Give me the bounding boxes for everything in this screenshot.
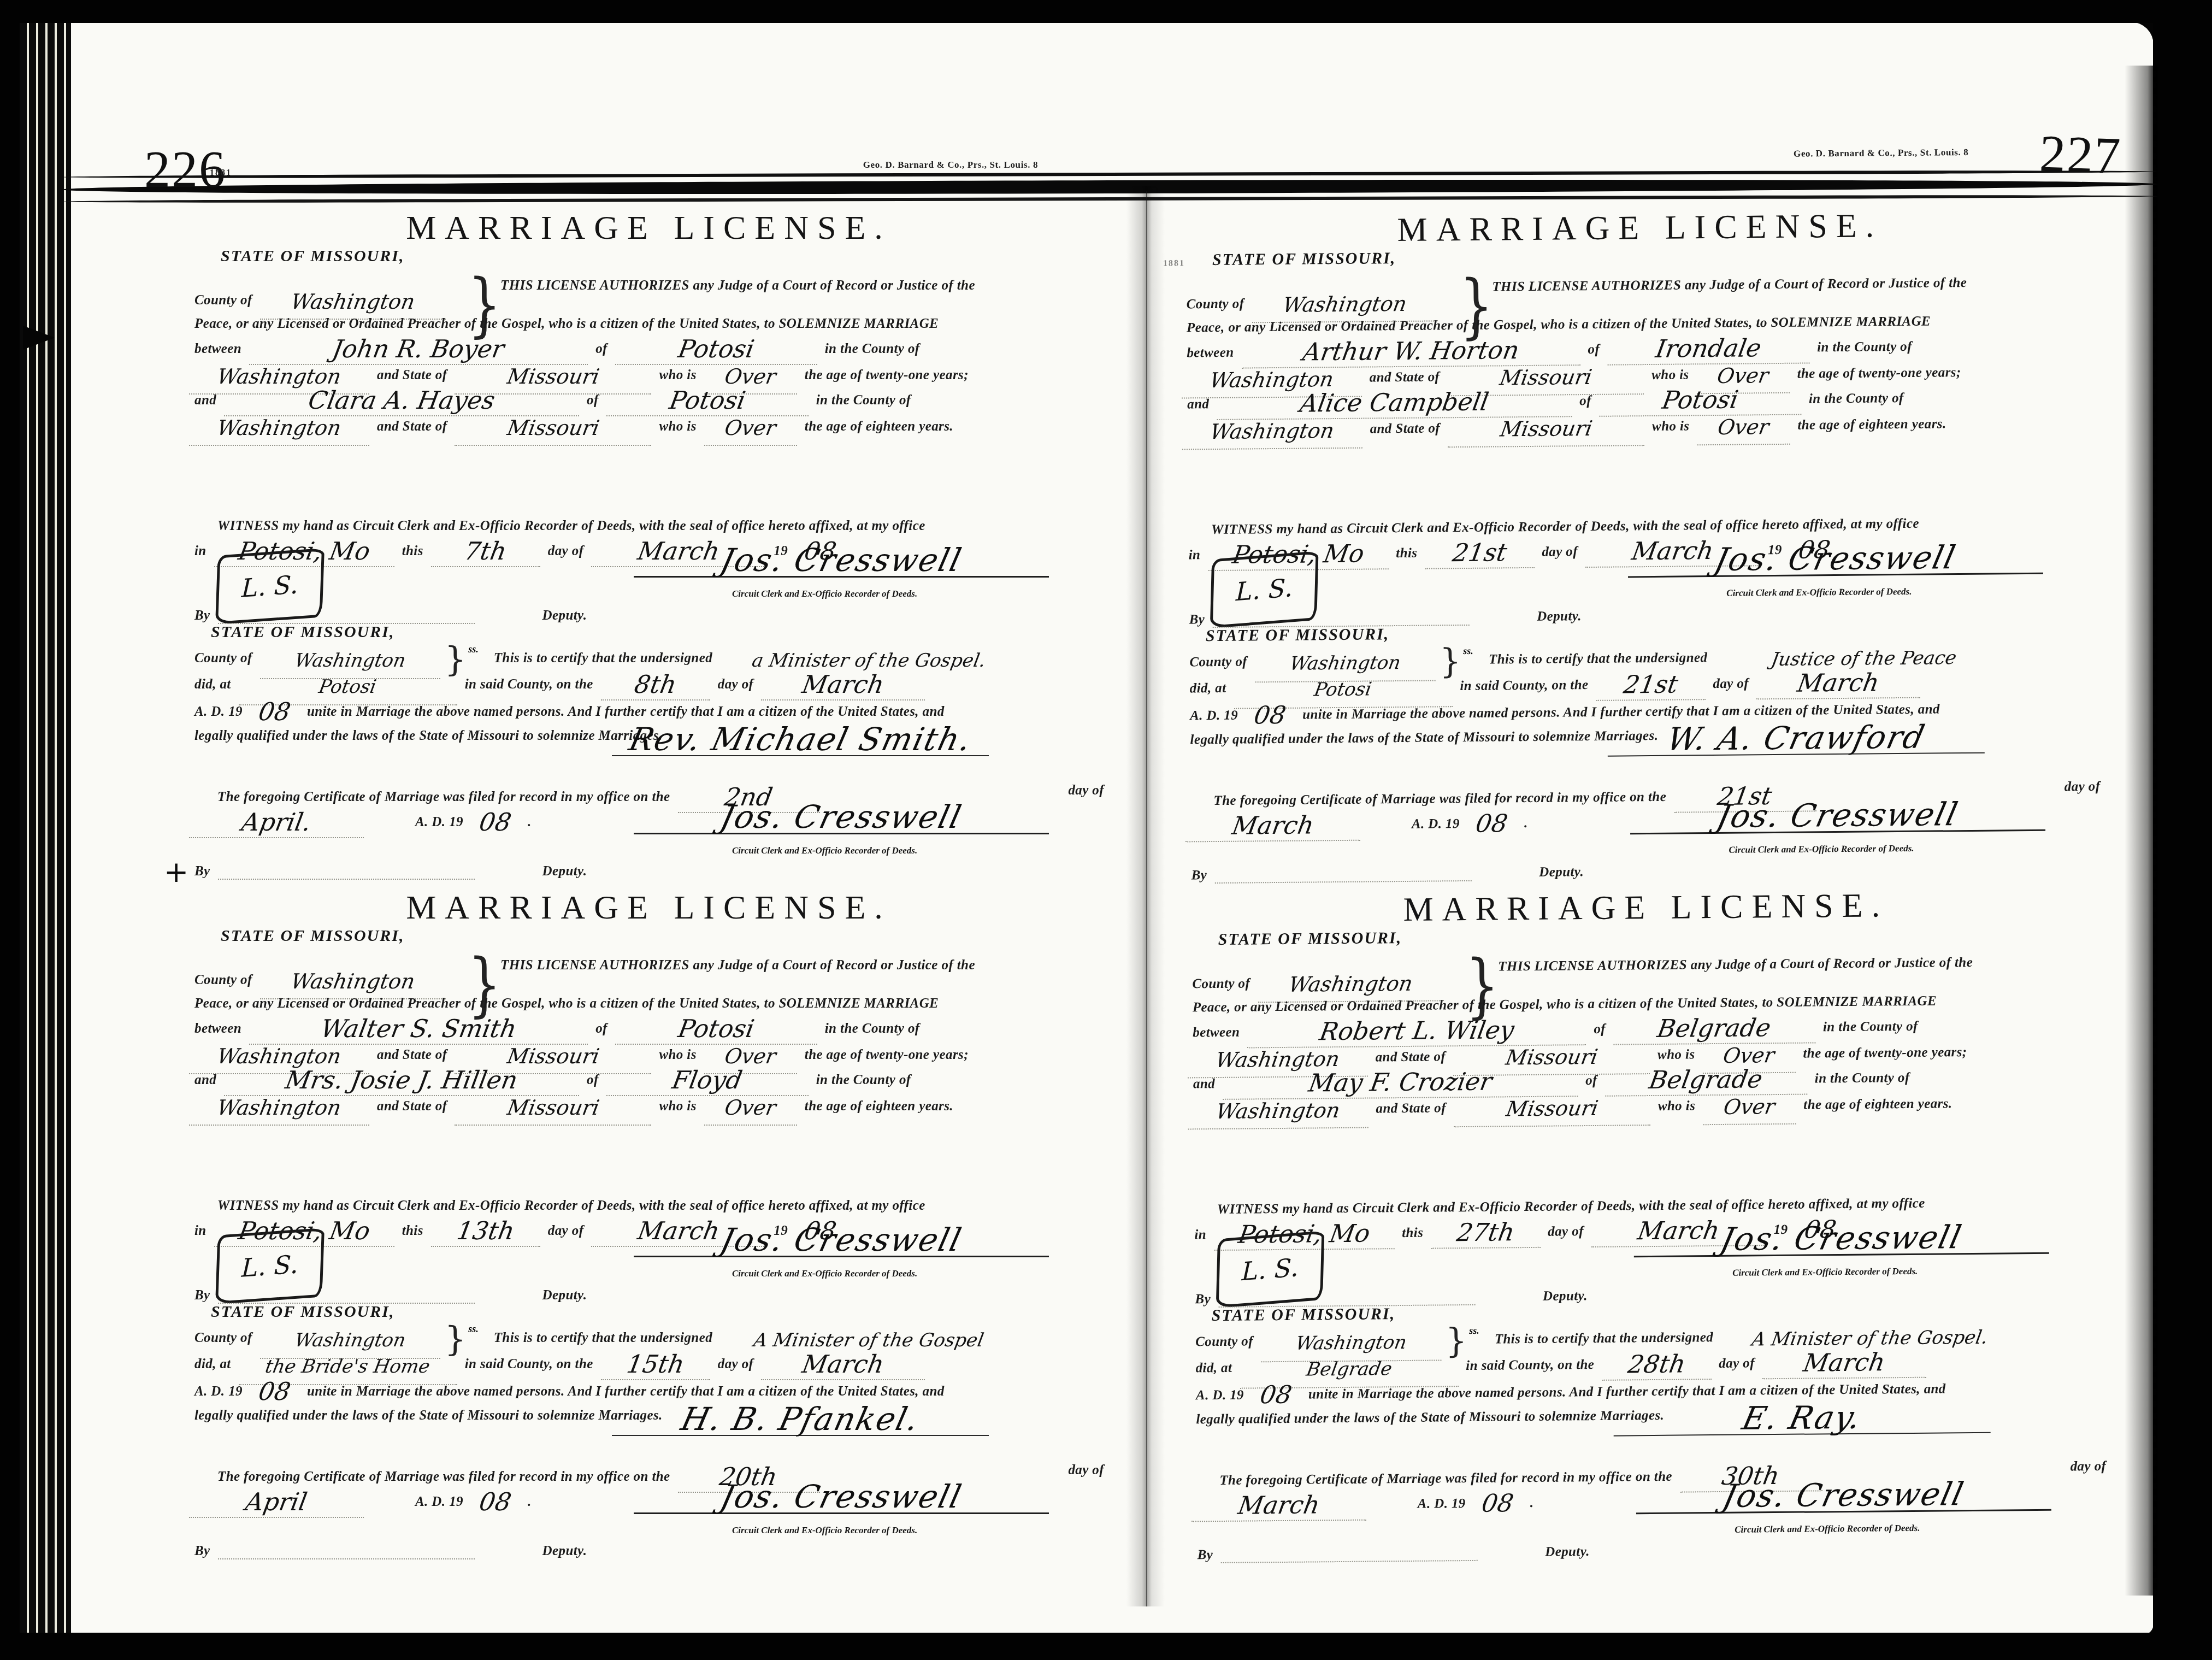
marriage-month-field: March: [761, 672, 925, 701]
witness-day-field: 13th: [431, 1218, 540, 1247]
this-label: this: [402, 544, 423, 558]
filed-clause: The foregoing Certificate of Marriage wa…: [1219, 1469, 1672, 1488]
state-heading: STATE OF MISSOURI,: [221, 927, 404, 945]
in-said-county-label: in said County, on the: [1460, 678, 1588, 693]
witness-clause: WITNESS my hand as Circuit Clerk and Ex-…: [217, 519, 925, 533]
day-of-label: day of: [548, 544, 584, 558]
who-is-label: who is: [659, 1099, 696, 1114]
authorizes-line-1: THIS LICENSE AUTHORIZES any Judge of a C…: [500, 279, 975, 292]
state-heading: STATE OF MISSOURI,: [221, 247, 404, 265]
period-mark: .: [528, 1494, 532, 1509]
certify-clause: This is to certify that the undersigned: [1495, 1330, 1714, 1346]
filed-clerk-signature: Jos. Cresswell: [1714, 798, 1961, 832]
state-heading: STATE OF MISSOURI,: [1218, 929, 1402, 949]
county-of-label: County of: [194, 973, 252, 987]
age-21-label: the age of twenty-one years;: [805, 1047, 969, 1062]
this-label: this: [1402, 1226, 1423, 1240]
ss-label: ss.: [468, 644, 479, 655]
of-label: of: [587, 1073, 599, 1087]
day-of-label: day of: [548, 1223, 584, 1238]
officiant-signature: E. Ray.: [1739, 1402, 1865, 1434]
bride-county-field: Washington: [189, 417, 369, 446]
day-of-label: day of: [718, 1357, 754, 1371]
clerk-signature-block: Jos. Cresswell: [1633, 1221, 2049, 1258]
between-label: between: [1187, 345, 1234, 361]
in-said-county-label: in said County, on the: [465, 1357, 593, 1371]
marriage-license-form-1: MARRIAGE LICENSE. STATE OF MISSOURI, Cou…: [180, 213, 1117, 891]
period-mark: .: [1524, 816, 1528, 831]
bride-county-field: Washington: [1188, 1100, 1368, 1130]
of-label: of: [1579, 393, 1591, 408]
in-county-label: in the County of: [1823, 1019, 1918, 1035]
officiant-signature: H. B. Pfankel.: [678, 1403, 922, 1435]
filed-clause: The foregoing Certificate of Marriage wa…: [217, 1469, 670, 1484]
marriage-day-field: 28th: [1602, 1351, 1711, 1381]
county-of-label: County of: [1189, 654, 1247, 669]
age-21-label: the age of twenty-one years;: [1797, 365, 1961, 381]
deputy-label: Deputy.: [542, 1544, 587, 1558]
bride-over-field: Over: [704, 417, 797, 446]
ad-19-label: A. D. 19: [1196, 1388, 1244, 1403]
this-label: this: [1396, 546, 1417, 561]
between-label: between: [194, 1021, 241, 1036]
center-gutter-line: [1146, 191, 1147, 1606]
authorizes-line-2: Peace, or any Licensed or Ordained Preac…: [1187, 314, 1931, 335]
and-state-label: and State of: [1376, 1100, 1446, 1116]
ad-19-label: A. D. 19: [415, 1494, 463, 1509]
bride-state-field: Missouri: [1448, 417, 1644, 448]
page-clip-mark: [23, 326, 55, 350]
marriage-license-form-3: MARRIAGE LICENSE. STATE OF MISSOURI, Cou…: [1171, 209, 2114, 895]
unite-clause: unite in Marriage the above named person…: [307, 1384, 945, 1399]
clerk-signature-block: Jos. Cresswell: [634, 544, 1049, 578]
officiant-signature-block: W. A. Crawford: [1607, 721, 1984, 757]
age-21-label: the age of twenty-one years;: [805, 368, 969, 382]
who-is-label: who is: [659, 1047, 696, 1062]
filed-month-field: March: [1185, 813, 1360, 843]
filed-year-field: 08: [471, 810, 520, 837]
in-county-label: in the County of: [816, 393, 911, 408]
ad-19-label: A. D. 19: [194, 704, 243, 719]
clerk-signature: Jos. Cresswell: [717, 544, 965, 576]
book-scan-photo: 226 1881 Geo. D. Barnard & Co., Prs., St…: [0, 0, 2212, 1660]
deputy-label: Deputy.: [1539, 864, 1584, 880]
by-label: By: [194, 864, 210, 879]
state-heading-2: STATE OF MISSOURI,: [1212, 1305, 1396, 1325]
scan-right-border: [2153, 0, 2212, 1660]
bride-state-field: Missouri: [455, 417, 651, 446]
and-state-label: and State of: [377, 1099, 447, 1114]
age-18-label: the age of eighteen years.: [805, 1099, 953, 1114]
who-is-label: who is: [659, 419, 696, 434]
deputy-signature-blank: [1214, 853, 1471, 884]
age-18-label: the age of eighteen years.: [1797, 416, 1946, 432]
did-at-label: did, at: [194, 1357, 231, 1371]
and-state-label: and State of: [377, 368, 447, 382]
certify-clause: This is to certify that the undersigned: [494, 1331, 712, 1345]
bride-over-field: Over: [1703, 1096, 1796, 1125]
and-label: and: [194, 393, 216, 408]
ad-19-label: A. D. 19: [415, 815, 463, 829]
by-label: By: [194, 1544, 210, 1558]
bride-place-field: Floyd: [606, 1068, 809, 1096]
did-at-label: did, at: [1190, 681, 1226, 696]
marriage-day-field: 21st: [1596, 672, 1705, 701]
book-spine: [0, 0, 20, 1660]
filed-month-field: April.: [189, 810, 364, 838]
of-label: of: [1585, 1073, 1597, 1088]
bride-name-field: Clara A. Hayes: [224, 388, 579, 416]
by-label: By: [1197, 1547, 1213, 1562]
officiant-signature: Rev. Michael Smith.: [626, 723, 975, 755]
officiant-signature-block: E. Ray.: [1613, 1400, 1990, 1437]
of-label: of: [595, 1021, 607, 1036]
in-county-label: in the County of: [816, 1073, 911, 1087]
in-said-county-label: in said County, on the: [1466, 1357, 1594, 1373]
bride-state-field: Missouri: [455, 1097, 651, 1126]
who-is-label: who is: [659, 368, 696, 382]
marriage-month-field: March: [1756, 670, 1920, 700]
filed-clerk-signature: Jos. Cresswell: [1720, 1478, 1967, 1512]
groom-name-field: Walter S. Smith: [249, 1016, 588, 1045]
and-state-label: and State of: [377, 1047, 447, 1062]
day-of-label: day of: [1068, 1463, 1104, 1477]
ss-label: ss.: [1469, 1325, 1479, 1336]
of-label: of: [1594, 1022, 1606, 1037]
in-label: in: [194, 1223, 207, 1238]
day-of-label: day of: [1713, 676, 1749, 691]
marriage-license-form-4: MARRIAGE LICENSE. STATE OF MISSOURI, Cou…: [1177, 889, 2120, 1575]
officiant-signature-block: H. B. Pfankel.: [612, 1403, 989, 1436]
and-state-label: and State of: [1370, 369, 1440, 385]
qualified-clause: legally qualified under the laws of the …: [1190, 728, 1658, 747]
in-label: in: [194, 544, 207, 558]
form-title: MARRIAGE LICENSE.: [180, 888, 1117, 927]
of-label: of: [595, 342, 607, 356]
age-18-label: the age of eighteen years.: [1803, 1096, 1952, 1112]
age-18-label: the age of eighteen years.: [805, 419, 953, 434]
bride-county-field: Washington: [1182, 420, 1362, 450]
certify-clause: This is to certify that the undersigned: [494, 651, 712, 666]
deputy-signature-blank: [218, 851, 475, 880]
who-is-label: who is: [1658, 1098, 1696, 1114]
in-county-label: in the County of: [1809, 391, 1904, 407]
groom-name-field: John R. Boyer: [249, 337, 588, 365]
state-heading-2: STATE OF MISSOURI,: [211, 1303, 394, 1321]
stacked-page-edges: [20, 0, 71, 1660]
clerk-signature: Jos. Cresswell: [1718, 1221, 1965, 1255]
filed-clerk-signature: Jos. Cresswell: [717, 801, 965, 833]
officiant-signature: W. A. Crawford: [1664, 721, 1928, 755]
filed-month-field: April: [189, 1490, 364, 1518]
filed-clerk-signature-block: Jos. Cresswell: [1630, 798, 2046, 835]
county-of-label: County of: [194, 651, 252, 666]
clerk-signature: Jos. Cresswell: [1712, 541, 1959, 575]
state-heading-2: STATE OF MISSOURI,: [1206, 625, 1390, 645]
bride-name-field: Mrs. Josie J. Hillen: [224, 1068, 579, 1096]
witness-clause: WITNESS my hand as Circuit Clerk and Ex-…: [217, 1198, 925, 1213]
and-label: and: [1193, 1076, 1215, 1091]
ad-19-label: A. D. 19: [194, 1384, 243, 1399]
certify-clause: This is to certify that the undersigned: [1489, 650, 1708, 667]
did-at-label: did, at: [1195, 1361, 1232, 1376]
scan-bottom-border: [0, 1633, 2212, 1660]
filed-clerk-signature-block: Jos. Cresswell: [634, 1481, 1049, 1514]
in-label: in: [1188, 548, 1200, 562]
in-county-label: in the County of: [1815, 1070, 1910, 1086]
form-title: MARRIAGE LICENSE.: [180, 209, 1117, 248]
age-21-label: the age of twenty-one years;: [1803, 1045, 1967, 1061]
state-heading: STATE OF MISSOURI,: [1212, 249, 1396, 269]
day-of-label: day of: [1548, 1224, 1584, 1239]
day-of-label: day of: [2064, 780, 2101, 794]
filed-year-field: 08: [1473, 1491, 1523, 1518]
in-label: in: [1194, 1227, 1206, 1242]
in-county-label: in the County of: [825, 1021, 920, 1036]
period-mark: .: [1530, 1496, 1534, 1510]
marriage-day-field: 8th: [601, 672, 710, 701]
who-is-label: who is: [1651, 367, 1689, 382]
authorizes-line-2: Peace, or any Licensed or Ordained Preac…: [1193, 993, 1937, 1015]
county-of-label: County of: [194, 1331, 252, 1345]
deputy-label: Deputy.: [542, 864, 587, 879]
day-of-label: day of: [1068, 784, 1104, 797]
qualified-clause: legally qualified under the laws of the …: [194, 728, 663, 743]
ad-19-label: A. D. 19: [1418, 1496, 1466, 1511]
of-label: of: [587, 393, 599, 408]
deputy-label: Deputy.: [1545, 1544, 1590, 1559]
and-label: and: [194, 1073, 216, 1087]
county-of-label: County of: [194, 293, 252, 308]
form-stock-number: 1881: [210, 168, 232, 178]
bride-county-field: Washington: [189, 1097, 369, 1126]
state-heading-2: STATE OF MISSOURI,: [211, 623, 394, 641]
by-label: By: [1191, 868, 1207, 882]
authorizes-line-1: THIS LICENSE AUTHORIZES any Judge of a C…: [500, 958, 975, 972]
day-of-label: day of: [1719, 1356, 1755, 1371]
did-at-label: did, at: [194, 677, 231, 692]
in-county-label: in the County of: [825, 342, 920, 356]
ad-19-label: A. D. 19: [1412, 816, 1460, 832]
witness-day-field: 21st: [1425, 540, 1534, 569]
filed-clause: The foregoing Certificate of Marriage wa…: [1213, 790, 1666, 808]
authorizes-line-1: THIS LICENSE AUTHORIZES any Judge of a C…: [1498, 956, 1973, 974]
groom-place-field: Potosi: [615, 1016, 817, 1045]
day-of-label: day of: [2071, 1459, 2107, 1474]
in-county-label: in the County of: [1817, 339, 1912, 355]
witness-clause: WITNESS my hand as Circuit Clerk and Ex-…: [1217, 1196, 1925, 1217]
and-state-label: and State of: [1370, 421, 1440, 436]
filed-year-field: 08: [1467, 811, 1517, 839]
filed-year-field: 08: [471, 1490, 520, 1517]
page-number: 227: [2038, 123, 2122, 186]
in-said-county-label: in said County, on the: [465, 677, 593, 692]
officiant-signature-block: Rev. Michael Smith.: [612, 723, 989, 756]
filed-clause: The foregoing Certificate of Marriage wa…: [217, 790, 670, 804]
period-mark: .: [528, 815, 532, 829]
marriage-month-field: March: [1762, 1350, 1926, 1380]
bride-state-field: Missouri: [1454, 1097, 1650, 1127]
county-of-label: County of: [1195, 1334, 1253, 1349]
day-of-label: day of: [718, 677, 754, 692]
witness-clause: WITNESS my hand as Circuit Clerk and Ex-…: [1211, 516, 1919, 537]
county-of-label: County of: [1186, 296, 1244, 311]
deputy-signature-blank: [218, 1531, 475, 1559]
and-state-label: and State of: [377, 419, 447, 434]
marriage-month-field: March: [761, 1352, 925, 1380]
and-label: and: [1187, 397, 1209, 411]
bride-place-field: Potosi: [606, 388, 809, 416]
groom-place-field: Potosi: [615, 337, 817, 365]
unite-clause: unite in Marriage the above named person…: [307, 704, 945, 719]
filed-month-field: March: [1191, 1492, 1366, 1522]
printer-credit: Geo. D. Barnard & Co., Prs., St. Louis. …: [863, 160, 1038, 170]
filed-clerk-signature-block: Jos. Cresswell: [634, 801, 1049, 834]
ss-label: ss.: [1463, 645, 1473, 656]
witness-day-field: 27th: [1431, 1220, 1540, 1249]
between-label: between: [1193, 1025, 1240, 1040]
qualified-clause: legally qualified under the laws of the …: [1196, 1408, 1664, 1427]
this-label: this: [402, 1223, 423, 1238]
witness-day-field: 7th: [431, 539, 540, 567]
filed-clerk-signature-block: Jos. Cresswell: [1636, 1477, 2051, 1515]
marriage-day-field: 15th: [601, 1352, 710, 1380]
printer-credit: Geo. D. Barnard & Co., Prs., St. Louis. …: [1794, 147, 1968, 160]
ad-19-label: A. D. 19: [1190, 708, 1238, 723]
ss-label: ss.: [468, 1323, 479, 1334]
who-is-label: who is: [1657, 1047, 1695, 1062]
of-label: of: [1588, 342, 1600, 357]
authorizes-line-2: Peace, or any Licensed or Ordained Preac…: [194, 316, 939, 331]
page-227: 227 1881 Geo. D. Barnard & Co., Prs., St…: [1145, 21, 2162, 1636]
scan-top-border: [0, 0, 2212, 23]
clerk-signature-block: Jos. Cresswell: [1627, 541, 2043, 578]
page-226: 226 1881 Geo. D. Barnard & Co., Prs., St…: [64, 25, 1102, 1632]
bride-over-field: Over: [704, 1097, 797, 1126]
clerk-signature: Jos. Cresswell: [717, 1224, 965, 1256]
authorizes-line-1: THIS LICENSE AUTHORIZES any Judge of a C…: [1492, 276, 1967, 294]
authorizes-line-2: Peace, or any Licensed or Ordained Preac…: [194, 996, 939, 1011]
and-state-label: and State of: [1376, 1049, 1446, 1064]
filed-clerk-signature: Jos. Cresswell: [717, 1481, 965, 1512]
marriage-license-form-2: MARRIAGE LICENSE. STATE OF MISSOURI, Cou…: [180, 893, 1117, 1570]
qualified-clause: legally qualified under the laws of the …: [194, 1408, 663, 1423]
day-of-label: day of: [1542, 544, 1578, 560]
between-label: between: [194, 342, 241, 356]
bride-over-field: Over: [1697, 416, 1790, 445]
county-of-label: County of: [1192, 976, 1250, 991]
who-is-label: who is: [1652, 419, 1690, 434]
clerk-signature-block: Jos. Cresswell: [634, 1224, 1049, 1257]
deputy-signature-blank: [1220, 1533, 1477, 1563]
